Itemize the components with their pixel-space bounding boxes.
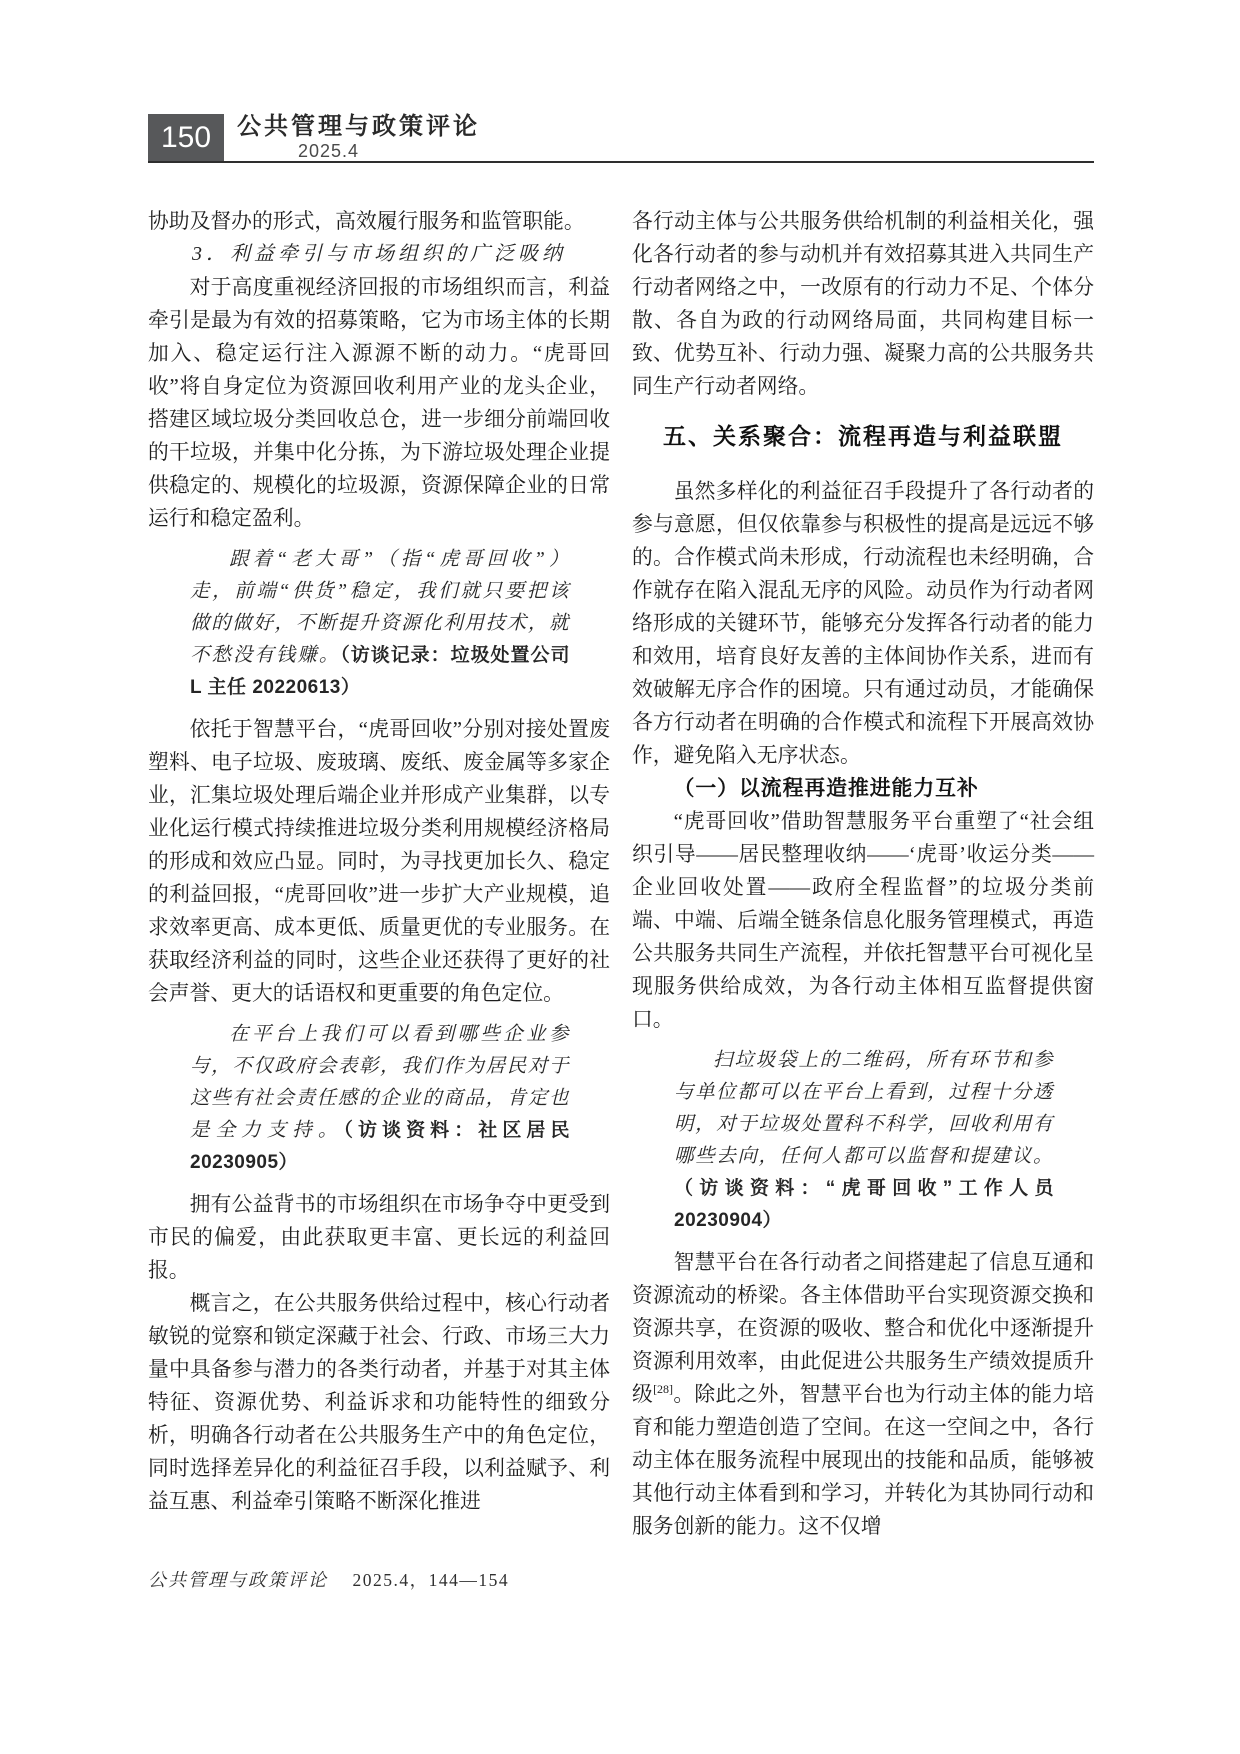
paragraph: 各行动主体与公共服务供给机制的利益相关化，强化各行动者的参与动机并有效招募其进入… — [632, 205, 1094, 403]
footer-journal: 公共管理与政策评论 — [148, 1570, 328, 1590]
paragraph: 虽然多样化的利益征召手段提升了各行动者的参与意愿，但仅依靠参与积极性的提高是远远… — [632, 475, 1094, 772]
journal-issue: 2025.4 — [237, 141, 420, 161]
left-column: 协助及督办的形式，高效履行服务和监管职能。3．利益牵引与市场组织的广泛吸纳对于高… — [148, 205, 610, 1543]
interview-quote: 扫垃圾袋上的二维码，所有环节和参与单位都可以在平台上看到，过程十分透明，对于垃圾… — [674, 1045, 1054, 1237]
page-header: 150 公共管理与政策评论 2025.4 — [148, 114, 480, 161]
paragraph: 依托于智慧平台，“虎哥回收”分别对接处置废塑料、电子垃圾、废玻璃、废纸、废金属等… — [148, 713, 610, 1010]
paragraph: 协助及督办的形式，高效履行服务和监管职能。 — [148, 205, 610, 238]
page-footer: 公共管理与政策评论 2025.4，144—154 — [148, 1566, 509, 1592]
article-body: 协助及督办的形式，高效履行服务和监管职能。3．利益牵引与市场组织的广泛吸纳对于高… — [148, 205, 1094, 1543]
journal-title: 公共管理与政策评论 — [237, 114, 480, 140]
paragraph: 拥有公益背书的市场组织在市场争夺中更受到市民的偏爱，由此获取更丰富、更长远的利益… — [148, 1188, 610, 1287]
paragraph: 对于高度重视经济回报的市场组织而言，利益牵引是最为有效的招募策略，它为市场主体的… — [148, 271, 610, 535]
journal-page: 150 公共管理与政策评论 2025.4 协助及督办的形式，高效履行服务和监管职… — [0, 0, 1240, 1754]
right-column: 各行动主体与公共服务供给机制的利益相关化，强化各行动者的参与动机并有效招募其进入… — [632, 205, 1094, 1543]
section-heading: 五、关系聚合：流程再造与利益联盟 — [632, 421, 1094, 451]
interview-quote: 在平台上我们可以看到哪些企业参与，不仅政府会表彰，我们作为居民对于这些有社会责任… — [190, 1019, 570, 1179]
paragraph: 概言之，在公共服务供给过程中，核心行动者敏锐的觉察和锁定深藏于社会、行政、市场三… — [148, 1287, 610, 1518]
citation-ref: [28] — [653, 1382, 673, 1396]
quote-source: （访谈资料：“虎哥回收”工作人员 20230904） — [674, 1178, 1054, 1231]
paragraph: “虎哥回收”借助智慧服务平台重塑了“社会组织引导——居民整理收纳——‘虎哥’收运… — [632, 805, 1094, 1036]
page-number-box: 150 — [148, 114, 224, 161]
numbered-subheading: 3．利益牵引与市场组织的广泛吸纳 — [148, 238, 610, 271]
quote-text: 扫垃圾袋上的二维码，所有环节和参与单位都可以在平台上看到，过程十分透明，对于垃圾… — [674, 1050, 1054, 1167]
page-number: 150 — [161, 121, 211, 155]
footer-issue-pages: 2025.4，144—154 — [353, 1570, 510, 1590]
interview-quote: 跟着“老大哥”（指“虎哥回收”）走，前端“供货”稳定，我们就只要把该做的做好，不… — [190, 544, 570, 704]
paragraph: 智慧平台在各行动者之间搭建起了信息互通和资源流动的桥梁。各主体借助平台实现资源交… — [632, 1246, 1094, 1543]
sub-heading: （一）以流程再造推进能力互补 — [632, 772, 1094, 805]
header-rule — [148, 161, 1094, 163]
journal-head: 公共管理与政策评论 2025.4 — [237, 114, 480, 161]
